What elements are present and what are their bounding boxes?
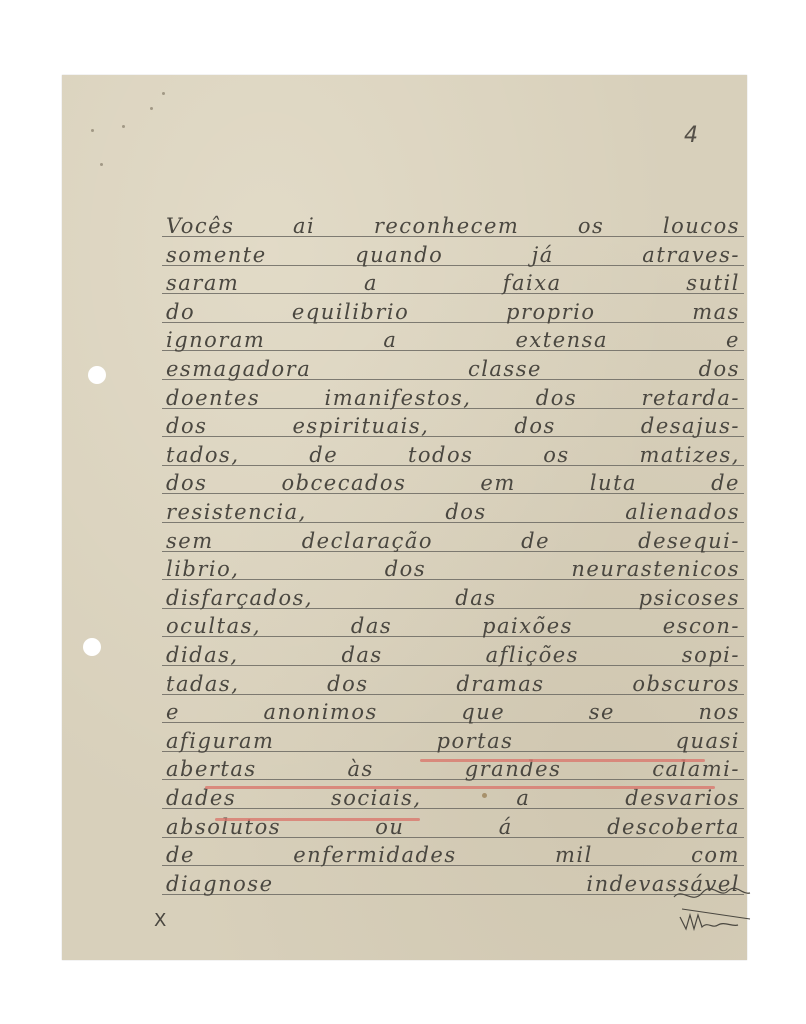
manuscript-page: 4 Vocêsaireconhecemosloucossomentequando… bbox=[62, 75, 747, 960]
punch-hole-top bbox=[88, 366, 106, 384]
word: sopi- bbox=[682, 643, 740, 667]
word: dramas bbox=[456, 672, 544, 696]
word: das bbox=[455, 586, 496, 610]
text-line: librio,dosneurastenicos bbox=[162, 553, 744, 581]
word: de bbox=[166, 843, 195, 867]
word: anonimos bbox=[263, 700, 377, 724]
word: faixa bbox=[503, 271, 562, 295]
word: resistencia, bbox=[166, 500, 307, 524]
word: abertas bbox=[166, 757, 257, 781]
word: todos bbox=[408, 443, 473, 467]
text-line: deenfermidadesmilcom bbox=[162, 839, 744, 867]
word: às bbox=[348, 757, 374, 781]
page-number: 4 bbox=[684, 123, 698, 148]
word: extensa bbox=[516, 328, 608, 352]
word: somente bbox=[166, 243, 267, 267]
word: atraves- bbox=[642, 243, 740, 267]
word: saram bbox=[166, 271, 239, 295]
text-line: ignoramaextensae bbox=[162, 324, 744, 352]
text-line: Vocêsaireconhecemosloucos bbox=[162, 210, 744, 238]
word: descoberta bbox=[607, 815, 740, 839]
word: nos bbox=[699, 700, 740, 724]
text-line: doentesimanifestos,dosretarda- bbox=[162, 382, 744, 410]
word: os bbox=[578, 214, 604, 238]
word: os bbox=[543, 443, 569, 467]
word: dos bbox=[699, 357, 740, 381]
word: portas bbox=[437, 729, 514, 753]
word: doentes bbox=[166, 386, 260, 410]
red-underline-2 bbox=[205, 786, 715, 789]
word: aflições bbox=[486, 643, 579, 667]
word: dos bbox=[327, 672, 368, 696]
text-line: dosespirituais,dosdesajus- bbox=[162, 410, 744, 438]
word: de bbox=[711, 471, 740, 495]
word: espirituais, bbox=[293, 414, 430, 438]
word: afiguram bbox=[166, 729, 274, 753]
word: dades bbox=[166, 786, 236, 810]
text-line: abertasàsgrandescalami- bbox=[162, 753, 744, 781]
word: retarda- bbox=[641, 386, 740, 410]
word: quasi bbox=[676, 729, 740, 753]
text-line: eanonimosquesenos bbox=[162, 696, 744, 724]
text-line: esmagadoraclassedos bbox=[162, 353, 744, 381]
word: sutil bbox=[686, 271, 740, 295]
red-underline-3 bbox=[215, 818, 420, 821]
text-line: resistencia,dosalienados bbox=[162, 496, 744, 524]
text-line: semdeclaraçãodedesequi- bbox=[162, 525, 744, 553]
signature-rubric bbox=[672, 885, 752, 939]
word: obscuros bbox=[632, 672, 740, 696]
text-line: absolutosouádescoberta bbox=[162, 811, 744, 839]
text-line: doequilibriopropriomas bbox=[162, 296, 744, 324]
text-line: somentequandojáatraves- bbox=[162, 239, 744, 267]
word: dos bbox=[385, 557, 426, 581]
word: desequi- bbox=[638, 529, 740, 553]
text-line: dosobcecadosemlutade bbox=[162, 467, 744, 495]
word: declaração bbox=[302, 529, 433, 553]
word: se bbox=[589, 700, 615, 724]
word: que bbox=[461, 700, 505, 724]
word: equilibrio bbox=[292, 300, 409, 324]
word: dos bbox=[166, 471, 207, 495]
word: imanifestos, bbox=[325, 386, 472, 410]
text-line: didas,dasafliçõessopi- bbox=[162, 639, 744, 667]
word: e bbox=[726, 328, 740, 352]
text-line: diagnoseindevassável bbox=[162, 868, 744, 896]
word: em bbox=[480, 471, 515, 495]
word: diagnose bbox=[166, 872, 274, 896]
word: reconhecem bbox=[374, 214, 519, 238]
word: a bbox=[364, 271, 378, 295]
word: já bbox=[532, 243, 554, 267]
word: alienados bbox=[625, 500, 740, 524]
word: dos bbox=[166, 414, 207, 438]
word: de bbox=[309, 443, 338, 467]
word: Vocês bbox=[166, 214, 234, 238]
text-line: tadas,dosdramasobscuros bbox=[162, 668, 744, 696]
word: disfarçados, bbox=[166, 586, 313, 610]
word: classe bbox=[468, 357, 542, 381]
word: loucos bbox=[663, 214, 740, 238]
word: dos bbox=[445, 500, 486, 524]
word: com bbox=[691, 843, 740, 867]
word: desvarios bbox=[625, 786, 740, 810]
word: obcecados bbox=[281, 471, 406, 495]
word: tados, bbox=[166, 443, 240, 467]
word: luta bbox=[590, 471, 637, 495]
word: matizes, bbox=[639, 443, 740, 467]
text-line: afiguramportasquasi bbox=[162, 725, 744, 753]
word: enfermidades bbox=[293, 843, 456, 867]
word: ignoram bbox=[166, 328, 265, 352]
word: á bbox=[499, 815, 513, 839]
margin-x-mark: X bbox=[154, 910, 166, 931]
word: paixões bbox=[482, 614, 573, 638]
word: quando bbox=[355, 243, 443, 267]
word: librio, bbox=[166, 557, 239, 581]
word: psicoses bbox=[639, 586, 740, 610]
word: ai bbox=[293, 214, 315, 238]
word: mas bbox=[692, 300, 740, 324]
word: dos bbox=[514, 414, 555, 438]
punch-hole-bottom bbox=[83, 638, 101, 656]
word: e bbox=[166, 700, 180, 724]
word: didas, bbox=[166, 643, 239, 667]
word: a bbox=[516, 786, 530, 810]
signature-icon bbox=[672, 885, 752, 935]
word: esmagadora bbox=[166, 357, 311, 381]
word: proprio bbox=[506, 300, 595, 324]
text-line: tados,detodososmatizes, bbox=[162, 439, 744, 467]
word: ocultas, bbox=[166, 614, 261, 638]
text-line: disfarçados,daspsicoses bbox=[162, 582, 744, 610]
word: mil bbox=[555, 843, 593, 867]
word: tadas, bbox=[166, 672, 239, 696]
text-line: ocultas,daspaixõesescon- bbox=[162, 610, 744, 638]
word: sem bbox=[166, 529, 214, 553]
red-underline-1 bbox=[420, 759, 705, 762]
word: a bbox=[383, 328, 397, 352]
word: de bbox=[521, 529, 550, 553]
word: das bbox=[341, 643, 382, 667]
word: sociais, bbox=[331, 786, 422, 810]
word: do bbox=[166, 300, 195, 324]
word: neurastenicos bbox=[571, 557, 740, 581]
text-line: saramafaixasutil bbox=[162, 267, 744, 295]
word: escon- bbox=[663, 614, 740, 638]
word: das bbox=[351, 614, 392, 638]
word: dos bbox=[536, 386, 577, 410]
word: desajus- bbox=[641, 414, 740, 438]
